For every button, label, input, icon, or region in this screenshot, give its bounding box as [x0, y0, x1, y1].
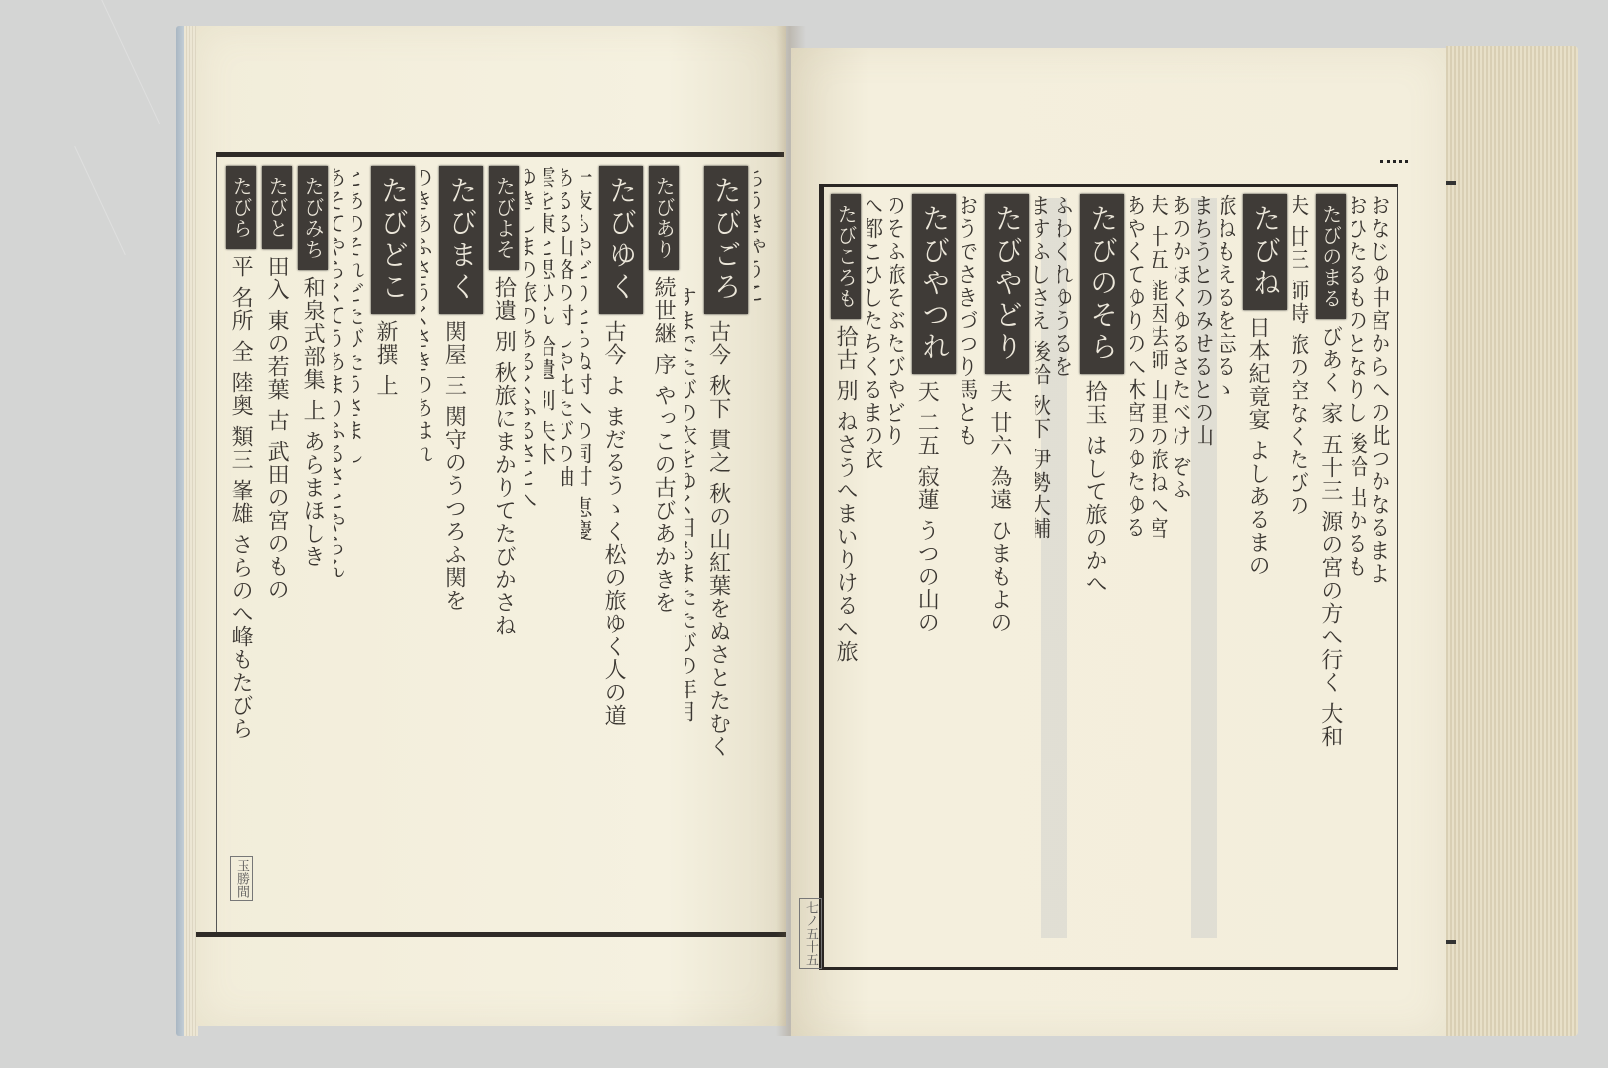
- text-column: 夫 廿六 為遠 ひまもよの: [985, 380, 1013, 634]
- headword-block: たびよそ: [489, 166, 519, 270]
- entry-group: たびどこ 新撰 上: [371, 166, 415, 916]
- text-column: 一夜もやどりとらぬ村への同廿 恵慶: [581, 166, 593, 916]
- text-column: 関屋 三 関守のうつろふ関を: [439, 320, 467, 612]
- headword-block: たびやつれ: [912, 194, 956, 374]
- headword-block: たびどこ: [371, 166, 415, 314]
- page-edge-marks: [1380, 160, 1408, 175]
- text-column: あそてやらくてうあまりふるさとやらん: [334, 166, 346, 916]
- text-column: 日本紀竟宴 よしあるまの: [1243, 316, 1271, 577]
- text-column: あのかほくゆるさたべけ ぞふ: [1175, 194, 1192, 958]
- headword-block: たびのまる: [1316, 194, 1346, 319]
- text-column: 雲を東と思ひん 拾遺 別 夫木: [544, 166, 556, 916]
- text-column: のそふ旅そぶたびやどり: [890, 194, 907, 958]
- text-column: 拾古 別 ねさうへまいりけるへ旅: [831, 325, 859, 663]
- open-book: ちうきゃうこ たびごろ 古今 秋下 貫之 秋の山紅葉をぬさとたむくれば すまでた…: [176, 26, 1586, 1036]
- folio-note: 七ノ五十五: [799, 898, 822, 969]
- text-column: 天 二五 寂蓮 うつの山の: [912, 380, 940, 634]
- entry-group: たびまく 関屋 三 関守のうつろふ関を: [439, 166, 483, 916]
- entry-group: たびゆく 古今 よ まだるうゝく松の旅ゆく人の道: [599, 166, 643, 916]
- text-column: すまでたびの衣をゆく日もまたたびの年月: [685, 286, 697, 916]
- text-column: 平 名所 全 陸奥 類三 峯雄 さらのへ峰もたびら: [226, 255, 254, 740]
- headword-block: たびのそら: [1080, 194, 1124, 374]
- text-column: とあのそれどたびたうさまし: [353, 166, 365, 916]
- surface-scratch: [100, 0, 160, 124]
- text-column: おなじゆ中宮からへの此つかなるまよ: [1374, 194, 1391, 958]
- headword-block: たびね: [1243, 194, 1287, 310]
- text-column: 続世継 序 やっこの古びあかきを: [649, 276, 677, 614]
- text-column: 夫 十五 能因法師 山里の旅ねへ宮: [1153, 194, 1170, 958]
- left-frame-line: [216, 157, 217, 932]
- text-column: 夫 廿三 師時 旅の空なくたびの: [1293, 194, 1310, 958]
- entry-group: たびよそ 拾遺 別 秋旅にまかりてたびかさね: [489, 166, 519, 916]
- top-label: ちうきゃうこ: [754, 166, 766, 916]
- text-column: 新撰 上: [371, 320, 399, 397]
- right-page: おなじゆ中宮からへの此つかなるまよ おひたるものとなりし 後拾 出かるも たびの…: [791, 48, 1446, 1036]
- text-column: ゆきしまの旅のあるくふるさとへ: [525, 166, 537, 916]
- headword-block: たびみち: [298, 166, 328, 270]
- bottom-border-rule: [196, 932, 786, 937]
- text-column: へ都こひしたちくるまの衣: [867, 194, 884, 958]
- left-text-block: ちうきゃうこ たびごろ 古今 秋下 貫之 秋の山紅葉をぬさとたむくれば すまでた…: [226, 166, 766, 916]
- text-column: ふわくれゆうるを: [1058, 194, 1075, 958]
- headword-block: たびごろ: [704, 166, 748, 314]
- headword-block: たびころも: [831, 194, 861, 319]
- top-rule-extension: [1446, 181, 1456, 185]
- headword-block: たびら: [226, 166, 256, 249]
- surface-scratch: [74, 146, 126, 255]
- text-column: 田入 東の若葉 古 武田の宮のもの: [262, 255, 290, 601]
- text-column: 拾玉 はして旅のかへ: [1080, 380, 1108, 595]
- headword-block: たびまく: [439, 166, 483, 314]
- headword-block: たびゆく: [599, 166, 643, 314]
- entry-group: たびころも 拾古 別 ねさうへまいりけるへ旅: [831, 194, 861, 958]
- right-page-edges: [1446, 46, 1578, 1036]
- headword-block: たびやどり: [985, 194, 1029, 374]
- entry-group: たびら 平 名所 全 陸奥 類三 峯雄 さらのへ峰もたびら: [226, 166, 256, 916]
- text-column: びあく 家 五十三 源の宮の方へ行く 大和: [1316, 325, 1344, 748]
- entry-group: たびやどり 夫 廿六 為遠 ひまもよの: [985, 194, 1029, 958]
- entry-group: たびやつれ 天 二五 寂蓮 うつの山の: [912, 194, 956, 958]
- text-column: 和泉式部集 上 あらまほしき: [298, 276, 326, 568]
- text-column: おひたるものとなりし 後拾 出かるも: [1352, 194, 1369, 958]
- text-column: 拾遺 別 秋旅にまかりてたびかさね: [489, 276, 517, 637]
- text-column: まちうとのみせるとの山: [1198, 194, 1215, 958]
- text-column: あやくてゆりのへ木宮のゆたゆる: [1130, 194, 1147, 958]
- text-column: ますふしさえ 後拾 秋下 伊勢大輔: [1035, 194, 1052, 958]
- right-text-block: おなじゆ中宮からへの此つかなるまよ おひたるものとなりし 後拾 出かるも たびの…: [831, 194, 1391, 958]
- folio-note: 玉勝間: [230, 856, 253, 901]
- left-page: ちうきゃうこ たびごろ 古今 秋下 貫之 秋の山紅葉をぬさとたむくれば すまでた…: [196, 26, 786, 1026]
- entry-group: たびのまる びあく 家 五十三 源の宮の方へ行く 大和: [1316, 194, 1346, 958]
- entry-group: たびと 田入 東の若葉 古 武田の宮のもの: [262, 166, 292, 916]
- bottom-rule-extension: [1446, 940, 1456, 944]
- text-column: のきあふさうくさきのあはれ: [421, 166, 433, 916]
- entry-group: たびのそら 拾玉 はして旅のかへ: [1080, 194, 1124, 958]
- text-column: 旅ねもえるを忘るゝ: [1221, 194, 1238, 958]
- top-border-rule: [216, 152, 784, 157]
- entry-group: たびね 日本紀竟宴 よしあるまの: [1243, 194, 1287, 958]
- entry-group: たびみち 和泉式部集 上 あらまほしき: [298, 166, 328, 916]
- entry-group: たびあり 続世継 序 やっこの古びあかきを: [649, 166, 679, 916]
- headword-block: たびあり: [649, 166, 679, 270]
- text-column: おうでさきづつり馬とも: [962, 194, 979, 958]
- text-column: あるる山路の村しや此たびの袖: [562, 166, 574, 916]
- headword-block: たびと: [262, 166, 292, 249]
- text-column: 古今 よ まだるうゝく松の旅ゆく人の道: [599, 320, 627, 727]
- text-column: 古今 秋下 貫之 秋の山紅葉をぬさとたむくれば: [704, 320, 732, 760]
- entry-group: たびごろ 古今 秋下 貫之 秋の山紅葉をぬさとたむくれば: [704, 166, 748, 916]
